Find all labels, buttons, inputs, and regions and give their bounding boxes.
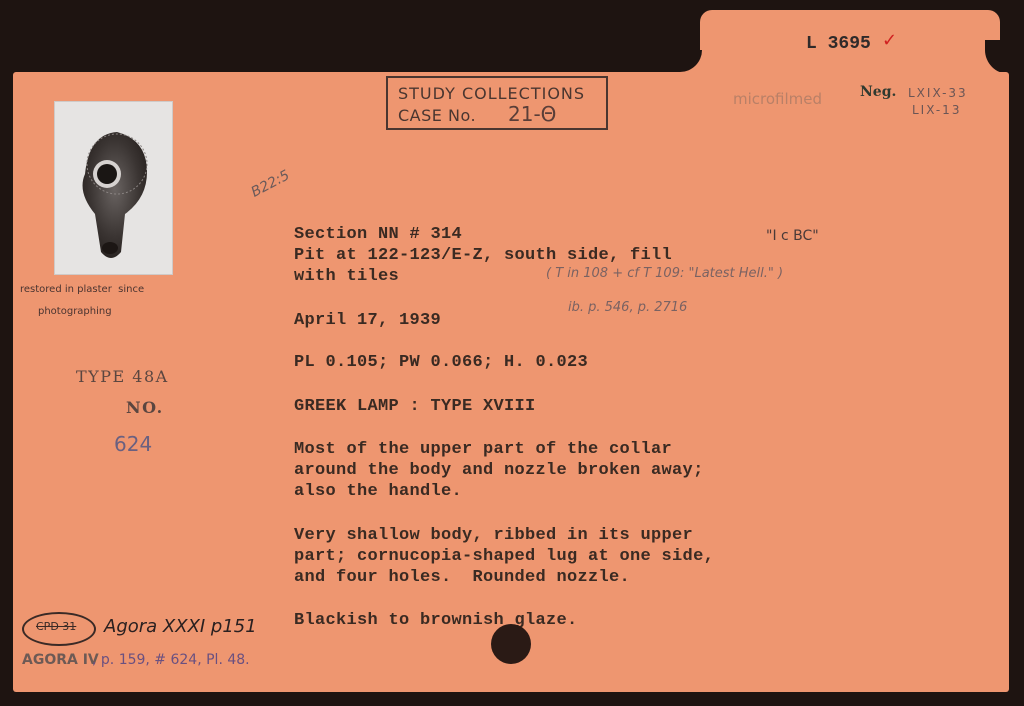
photo-caption-line1: restored in plaster since bbox=[20, 284, 144, 295]
pit-line-2: with tiles bbox=[294, 266, 399, 287]
microfilmed-stamp: microfilmed bbox=[733, 90, 822, 108]
section-line: Section NN # 314 bbox=[294, 224, 462, 245]
classification-line: GREEK LAMP : TYPE XVIII bbox=[294, 396, 536, 417]
description-2-line-1: Very shallow body, ribbed in its upper bbox=[294, 525, 693, 546]
agora-xxxi-reference: Agora XXXI p151 bbox=[104, 616, 257, 637]
description-1-line-1: Most of the upper part of the collar bbox=[294, 439, 672, 460]
stamp-case-label: CASE No. bbox=[398, 106, 476, 125]
no-label: NO. bbox=[126, 398, 164, 417]
tab-curve-right bbox=[980, 40, 1009, 74]
description-1-line-3: also the handle. bbox=[294, 481, 462, 502]
type-label: TYPE 48A bbox=[76, 367, 169, 386]
neg-label: Neg. bbox=[860, 84, 896, 100]
agora-iv-reference: , p. 159, # 624, Pl. 48. bbox=[92, 652, 250, 668]
photo-caption-line2: photographing bbox=[38, 306, 112, 317]
description-1-line-2: around the body and nozzle broken away; bbox=[294, 460, 704, 481]
stamp-title: STUDY COLLECTIONS bbox=[398, 84, 585, 103]
reference-note-line1: ( T in 108 + cf T 109: "Latest Hell." ) bbox=[546, 266, 783, 281]
pit-line-1: Pit at 122-123/E-Z, south side, fill bbox=[294, 245, 672, 266]
tab-curve-left bbox=[680, 50, 720, 74]
oval-stamp: CPD 31 bbox=[22, 612, 96, 646]
greek-lamp-image bbox=[55, 102, 172, 274]
stamp-case-number: 21-Θ bbox=[508, 102, 556, 126]
date-line: April 17, 1939 bbox=[294, 310, 441, 331]
dimensions-line: PL 0.105; PW 0.066; H. 0.023 bbox=[294, 352, 588, 373]
punch-hole bbox=[491, 624, 531, 664]
lamp-photo bbox=[54, 101, 173, 275]
description-2-line-3: and four holes. Rounded nozzle. bbox=[294, 567, 630, 588]
catalog-no-handwritten: 624 bbox=[114, 432, 152, 456]
study-collections-stamp: STUDY COLLECTIONS CASE No. 21-Θ bbox=[386, 76, 608, 130]
reference-note-line2: ib. p. 546, p. 2716 bbox=[568, 300, 687, 315]
glaze-line: Blackish to brownish glaze. bbox=[294, 610, 578, 631]
agora-iv-stamp: AGORA IV bbox=[22, 652, 99, 668]
check-mark-icon: ✓ bbox=[882, 30, 897, 51]
catalog-number: L 3695 bbox=[806, 34, 871, 54]
description-2-line-2: part; cornucopia-shaped lug at one side, bbox=[294, 546, 714, 567]
neg-value-2: LIX-13 bbox=[912, 103, 961, 117]
neg-value-1: LXIX-33 bbox=[908, 86, 968, 100]
date-note: "I c BC" bbox=[766, 228, 819, 244]
oval-stamp-text: CPD 31 bbox=[36, 620, 76, 633]
